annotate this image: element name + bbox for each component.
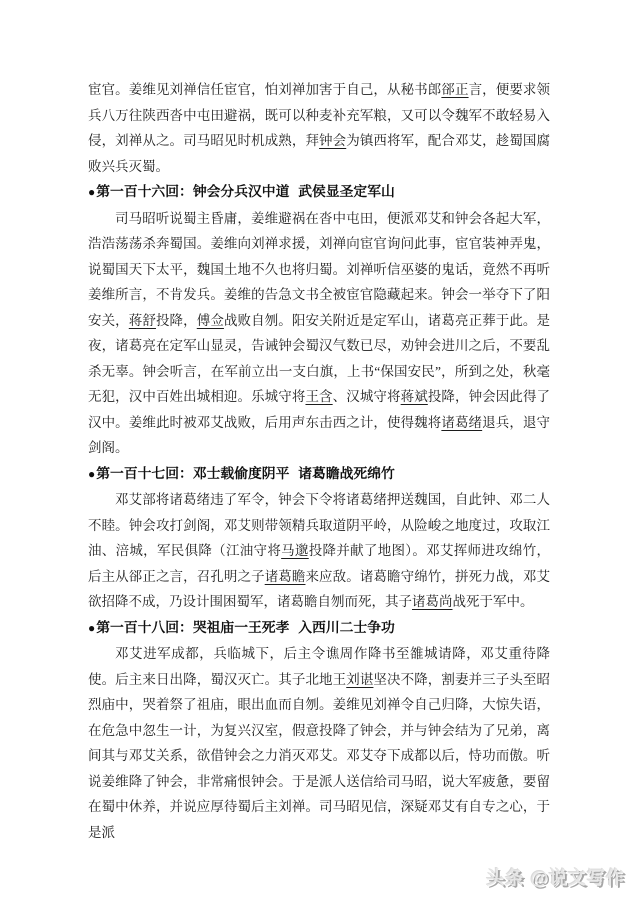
person-name-underlined: 刘谌 bbox=[346, 672, 373, 687]
paragraph: 邓艾进军成都，兵临城下，后主令谯周作降书至雒城请降，邓艾重待降使。后主来日出降，… bbox=[88, 641, 550, 845]
chapter-heading: ●第一百十八回：哭祖庙一王死孝 入西川二士争功 bbox=[88, 615, 550, 642]
chapter-heading: ●第一百十六回：钟会分兵汉中道 武侯显圣定军山 bbox=[88, 179, 550, 206]
bullet-icon: ● bbox=[88, 621, 95, 635]
person-name-underlined: 钟会 bbox=[319, 133, 346, 148]
watermark: 头条 @说文写作 bbox=[486, 864, 625, 890]
chapter-heading: ●第一百十七回：邓士载偷度阴平 诸葛瞻战死绵竹 bbox=[88, 461, 550, 488]
chapter-heading-text: 第一百十七回：邓士载偷度阴平 诸葛瞻战死绵竹 bbox=[96, 466, 395, 481]
person-name-underlined: 诸葛瞻 bbox=[265, 569, 306, 584]
document-body: 宦官。姜维见刘禅信任宦官，怕刘禅加害于自己，从秘书郎郤正言，便要求领兵八万往陕西… bbox=[88, 77, 550, 845]
person-name-underlined: 蒋舒 bbox=[129, 313, 156, 328]
person-name-underlined: 蒋斌 bbox=[401, 389, 428, 404]
text-run: 宦官。姜维见刘禅信任宦官，怕刘禅加害于自己，从秘书郎 bbox=[88, 82, 441, 97]
paragraph: 宦官。姜维见刘禅信任宦官，怕刘禅加害于自己，从秘书郎郤正言，便要求领兵八万往陕西… bbox=[88, 77, 550, 179]
text-run: 、汉城守将 bbox=[333, 389, 401, 404]
text-run: 投降， bbox=[156, 313, 197, 328]
person-name-underlined: 马邈 bbox=[281, 543, 309, 558]
bullet-icon: ● bbox=[88, 185, 95, 199]
person-name-underlined: 傅佥 bbox=[197, 313, 224, 328]
person-name-underlined: 诸葛绪 bbox=[441, 415, 482, 430]
text-run: 司马昭听说蜀主昏庸，姜维避祸在沓中屯田，便派邓艾和钟会各起大军，浩浩荡荡杀奔蜀国… bbox=[88, 211, 550, 328]
chapter-heading-text: 第一百十八回：哭祖庙一王死孝 入西川二士争功 bbox=[96, 620, 395, 635]
text-run: 战死于军中。 bbox=[453, 594, 534, 609]
person-name-underlined: 郤正 bbox=[441, 82, 468, 97]
bullet-icon: ● bbox=[88, 467, 95, 481]
person-name-underlined: 诸葛尚 bbox=[412, 594, 453, 609]
paragraph: 司马昭听说蜀主昏庸，姜维避祸在沓中屯田，便派邓艾和钟会各起大军，浩浩荡荡杀奔蜀国… bbox=[88, 206, 550, 461]
text-run: 坚决不降，割妻并三子头至昭烈庙中，哭着祭了祖庙，眼出血而自刎。姜维见刘禅令自己归… bbox=[88, 672, 550, 840]
person-name-underlined: 王含 bbox=[305, 389, 332, 404]
paragraph: 邓艾部将诸葛绪违了军令，钟会下令将诸葛绪押送魏国，自此钟、邓二人不睦。钟会攻打剑… bbox=[88, 487, 550, 615]
chapter-heading-text: 第一百十六回：钟会分兵汉中道 武侯显圣定军山 bbox=[96, 184, 395, 199]
document-page: 宦官。姜维见刘禅信任宦官，怕刘禅加害于自己，从秘书郎郤正言，便要求领兵八万往陕西… bbox=[0, 0, 640, 905]
